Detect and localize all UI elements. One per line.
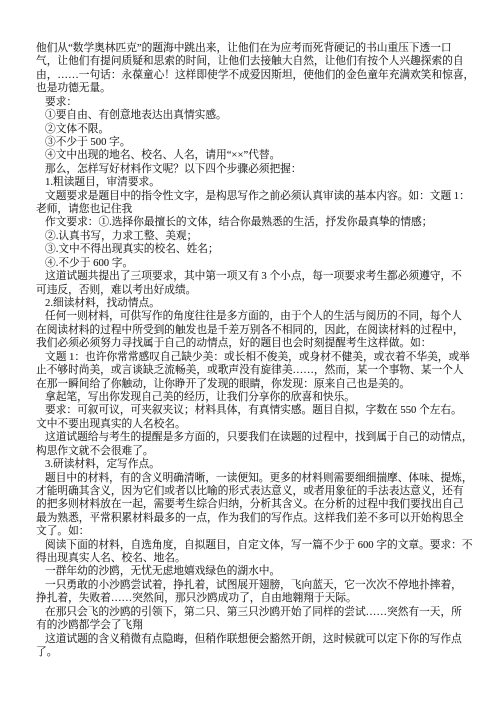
text-line: 拿起笔，写出你发现自己美的经历，让我们分享你的欣喜和快乐。 — [36, 391, 470, 404]
text-line: 这道试题共提出了三项要求，其中第一项又有 3 个小点，每一项要求考生都必须遵守，… — [36, 270, 470, 283]
text-line: 也是功德无量。 — [36, 82, 470, 95]
text-line: 可违反，否则，难以考出好成绩。 — [36, 284, 470, 297]
text-line: 他们从“数学奥林匹克”的题海中跳出来，让他们在为应考而死背硬记的书山重压下透一口 — [36, 42, 470, 55]
document-page: 他们从“数学奥林匹克”的题海中跳出来，让他们在为应考而死背硬记的书山重压下透一口… — [0, 0, 500, 707]
text-line: 文了。如： — [36, 525, 470, 538]
text-line: 题目中的材料，有的含义明确清晰，一读便知。更多的材料则需要细细揣摩、体味、提炼， — [36, 472, 470, 485]
text-line: 文题 1：也许你常常感叹自己缺少美：或长相不俊美，或身材不健美，或衣着不华美，或… — [36, 351, 470, 364]
text-line: 一只勇敢的小沙鸥尝试着，挣扎着，试图展开翅膀，飞向蓝天，它一次次不停地扑摔着， — [36, 579, 470, 592]
text-line: 阅读下面的材料，自选角度，自拟题目，自定文体，写一篇不少于 600 字的文章。要… — [36, 539, 470, 552]
text-line: 的把多则材料放在一起，需要考生综合归纳，分析其含义。在分析的过程中我们要找出自己 — [36, 498, 470, 511]
text-line: 作文要求：①.选择你最擅长的文体，结合你最熟悉的生活，抒发你最真挚的情感； — [36, 216, 470, 229]
document-lines: 他们从“数学奥林匹克”的题海中跳出来，让他们在为应考而死背硬记的书山重压下透一口… — [36, 42, 470, 659]
text-line: 那么，怎样写好材料作文呢？以下四个步骤必须把握： — [36, 163, 470, 176]
text-line: 任何一则材料，可供写作的角度往往是多方面的，由于个人的生活与阅历的不同，每个人 — [36, 310, 470, 323]
text-line: 在那只会飞的沙鸥的引领下，第二只、第三只沙鸥开始了同样的尝试……突然有一天，所 — [36, 606, 470, 619]
text-line: 了。 — [36, 646, 470, 659]
text-line: ③不少于 500 字。 — [36, 136, 470, 149]
text-line: 1.粗读题目，审清要求。 — [36, 176, 470, 189]
text-line: ③.文中不得出现真实的校名、姓名； — [36, 243, 470, 256]
text-line: 有的沙鸥都学会了飞翔 — [36, 619, 470, 632]
text-line: 这道试题给与考生的提醒是多方面的，只要我们在读题的过程中，找到属于自己的动情点， — [36, 431, 470, 444]
text-line: 最为熟悉，平常积累材料最多的一点，作为我们的写作点。这样我们差不多可以开始构思全 — [36, 512, 470, 525]
text-line: ②文体不限。 — [36, 123, 470, 136]
text-line: 得出现真实人名、校名、地名。 — [36, 552, 470, 565]
text-line: 构思作文就不会很难了。 — [36, 445, 470, 458]
text-line: 要求： — [36, 96, 470, 109]
text-line: ①要自由、有创意地表达出真情实感。 — [36, 109, 470, 122]
text-line: 要求：可叙可议，可夹叙夹议；材料具体，有真情实感。题目自拟，字数在 550 个左… — [36, 404, 470, 417]
text-line: 在那一瞬间给了你触动，让你睁开了发现的眼睛，你发现：原来自己也是美的。 — [36, 378, 470, 391]
text-line: 老师，请您也记住我 — [36, 203, 470, 216]
text-line: ④.不少于 600 字。 — [36, 257, 470, 270]
text-line: 2.细读材料，找动情点。 — [36, 297, 470, 310]
text-line: 文题要求是题目中的指令性文字，是构思写作之前必须认真审读的基本内容。如：文题 1… — [36, 190, 470, 203]
text-line: 止不够时尚美，或言谈缺乏流畅美，或歌声没有旋律美……，然而，某一个事物、某一个人 — [36, 364, 470, 377]
text-line: 气，让他们有提问质疑和思索的时间，让他们去接触大自然，让他们有按个人兴趣探索的自 — [36, 55, 470, 68]
text-line: 我们必须必须努力寻找属于自己的动情点，好的题目也会时刻提醒考生这样做。如： — [36, 337, 470, 350]
text-line: 3.研读材料，定写作点。 — [36, 458, 470, 471]
text-line: ②.认真书写，力求工整、美观； — [36, 230, 470, 243]
text-line: 由，……一句话：永葆童心！这样即使学不成爱因斯坦，使他们的金色童年充满欢笑和惊喜… — [36, 69, 470, 82]
text-line: 在阅读材料的过程中所受到的触发也是千差万别各不相同的，因此，在阅读材料的过程中， — [36, 324, 470, 337]
text-line: ④文中出现的地名、校名、人名，请用“××”代替。 — [36, 149, 470, 162]
text-line: 文中不要出现真实的人名校名。 — [36, 418, 470, 431]
text-line: 这道试题的含义稍微有点隐晦，但稍作联想便会豁然开朗，这时候就可以定下你的写作点 — [36, 633, 470, 646]
text-line: 挣扎着，失败着……突然间，那只沙鸥成功了，自由地翱翔于天际。 — [36, 592, 470, 605]
text-line: 一群年幼的沙鸥，无忧无虑地嬉戏绿色的湖水中。 — [36, 565, 470, 578]
text-line: 才能明确其含义，因为它们或者以比喻的形式表达意义，或者用象征的手法表达意义，还有 — [36, 485, 470, 498]
